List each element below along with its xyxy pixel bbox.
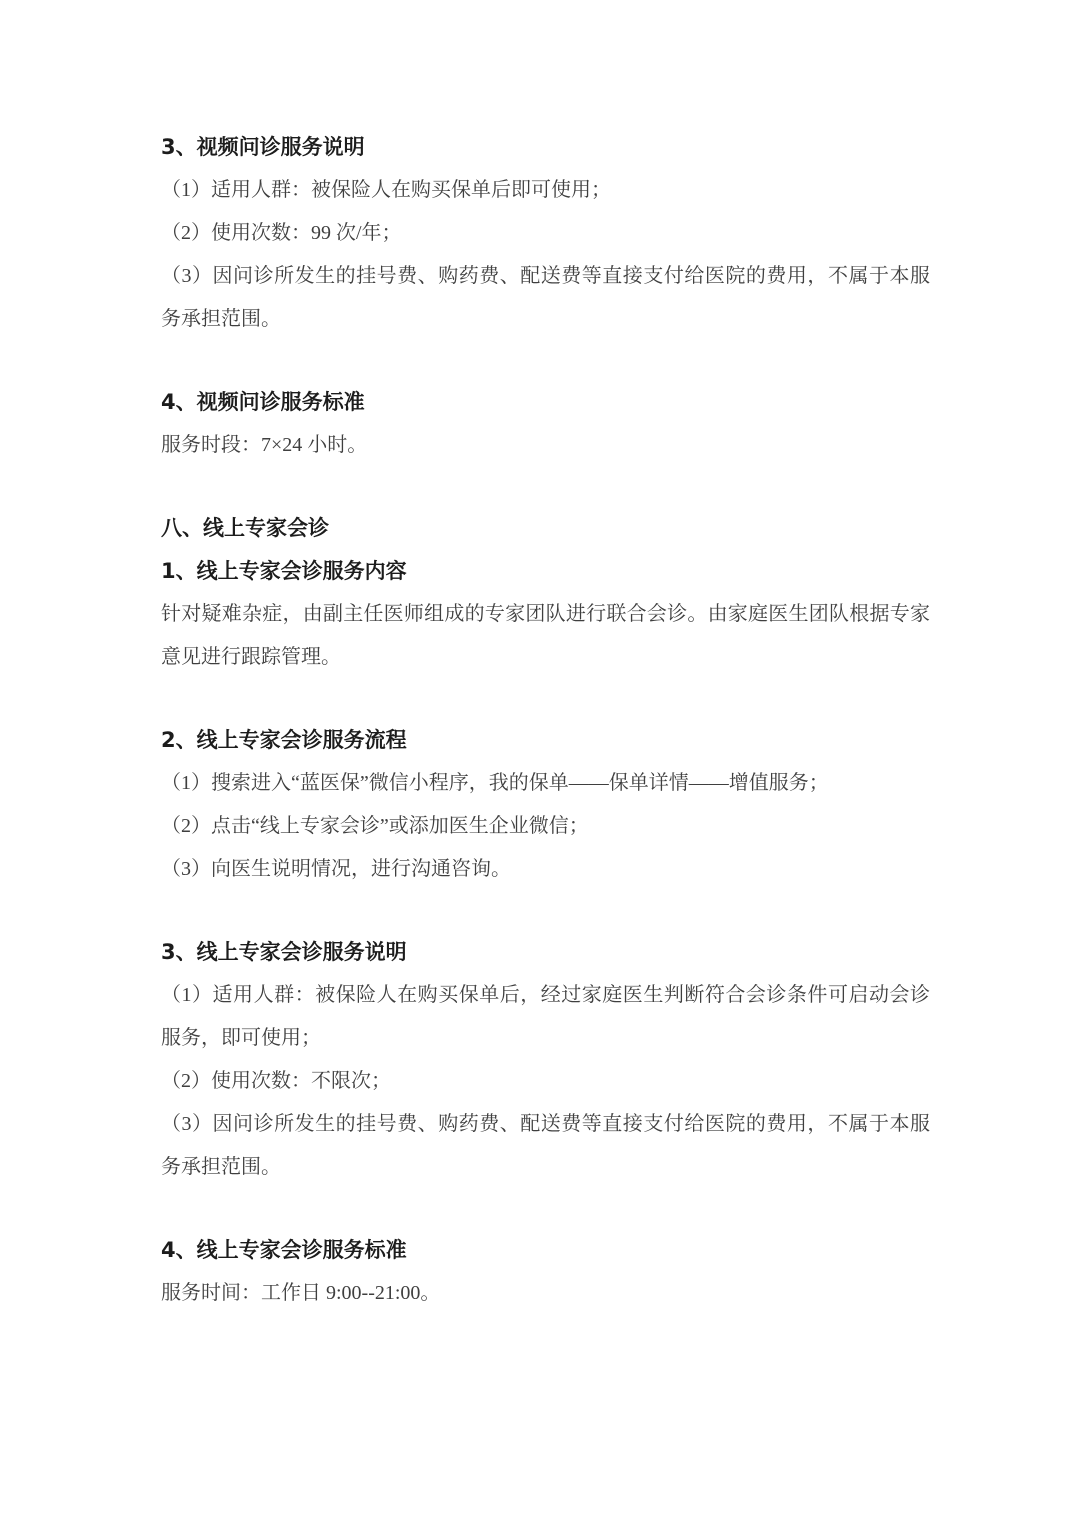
paragraph: 服务时段：7×24 小时。 — [161, 424, 930, 467]
section-video-consult-notes: 3、视频问诊服务说明 （1）适用人群：被保险人在购买保单后即可使用； （2）使用… — [161, 126, 930, 341]
section-video-consult-standard: 4、视频问诊服务标准 服务时段：7×24 小时。 — [161, 381, 930, 467]
paragraph: （3）因问诊所发生的挂号费、购药费、配送费等直接支付给医院的费用，不属于本服务承… — [161, 255, 930, 341]
paragraph: （2）使用次数：99 次/年； — [161, 212, 930, 255]
paragraph: 服务时间：工作日 9:00--21:00。 — [161, 1272, 930, 1315]
section-heading: 2、线上专家会诊服务流程 — [161, 719, 930, 762]
section-heading: 3、视频问诊服务说明 — [161, 126, 930, 169]
paragraph: 针对疑难杂症，由副主任医师组成的专家团队进行联合会诊。由家庭医生团队根据专家意见… — [161, 593, 930, 679]
section-online-expert-consult-notes: 3、线上专家会诊服务说明 （1）适用人群：被保险人在购买保单后，经过家庭医生判断… — [161, 931, 930, 1189]
paragraph: （1）适用人群：被保险人在购买保单后，经过家庭医生判断符合会诊条件可启动会诊服务… — [161, 974, 930, 1060]
section-heading: 4、视频问诊服务标准 — [161, 381, 930, 424]
section-online-expert-consult-standard: 4、线上专家会诊服务标准 服务时间：工作日 9:00--21:00。 — [161, 1229, 930, 1315]
section-subheading: 1、线上专家会诊服务内容 — [161, 550, 930, 593]
section-heading: 4、线上专家会诊服务标准 — [161, 1229, 930, 1272]
paragraph: （3）因问诊所发生的挂号费、购药费、配送费等直接支付给医院的费用，不属于本服务承… — [161, 1103, 930, 1189]
section-online-expert-consult-process: 2、线上专家会诊服务流程 （1）搜索进入“蓝医保”微信小程序，我的保单——保单详… — [161, 719, 930, 891]
document-page: 3、视频问诊服务说明 （1）适用人群：被保险人在购买保单后即可使用； （2）使用… — [0, 0, 1080, 1527]
section-heading: 3、线上专家会诊服务说明 — [161, 931, 930, 974]
paragraph: （1）适用人群：被保险人在购买保单后即可使用； — [161, 169, 930, 212]
section-online-expert-consult-content: 八、线上专家会诊 1、线上专家会诊服务内容 针对疑难杂症，由副主任医师组成的专家… — [161, 507, 930, 679]
paragraph: （2）点击“线上专家会诊”或添加医生企业微信； — [161, 805, 930, 848]
section-heading: 八、线上专家会诊 — [161, 507, 930, 550]
paragraph: （3）向医生说明情况，进行沟通咨询。 — [161, 848, 930, 891]
document-content: 3、视频问诊服务说明 （1）适用人群：被保险人在购买保单后即可使用； （2）使用… — [161, 126, 930, 1315]
paragraph: （1）搜索进入“蓝医保”微信小程序，我的保单——保单详情——增值服务； — [161, 762, 930, 805]
paragraph: （2）使用次数：不限次； — [161, 1060, 930, 1103]
